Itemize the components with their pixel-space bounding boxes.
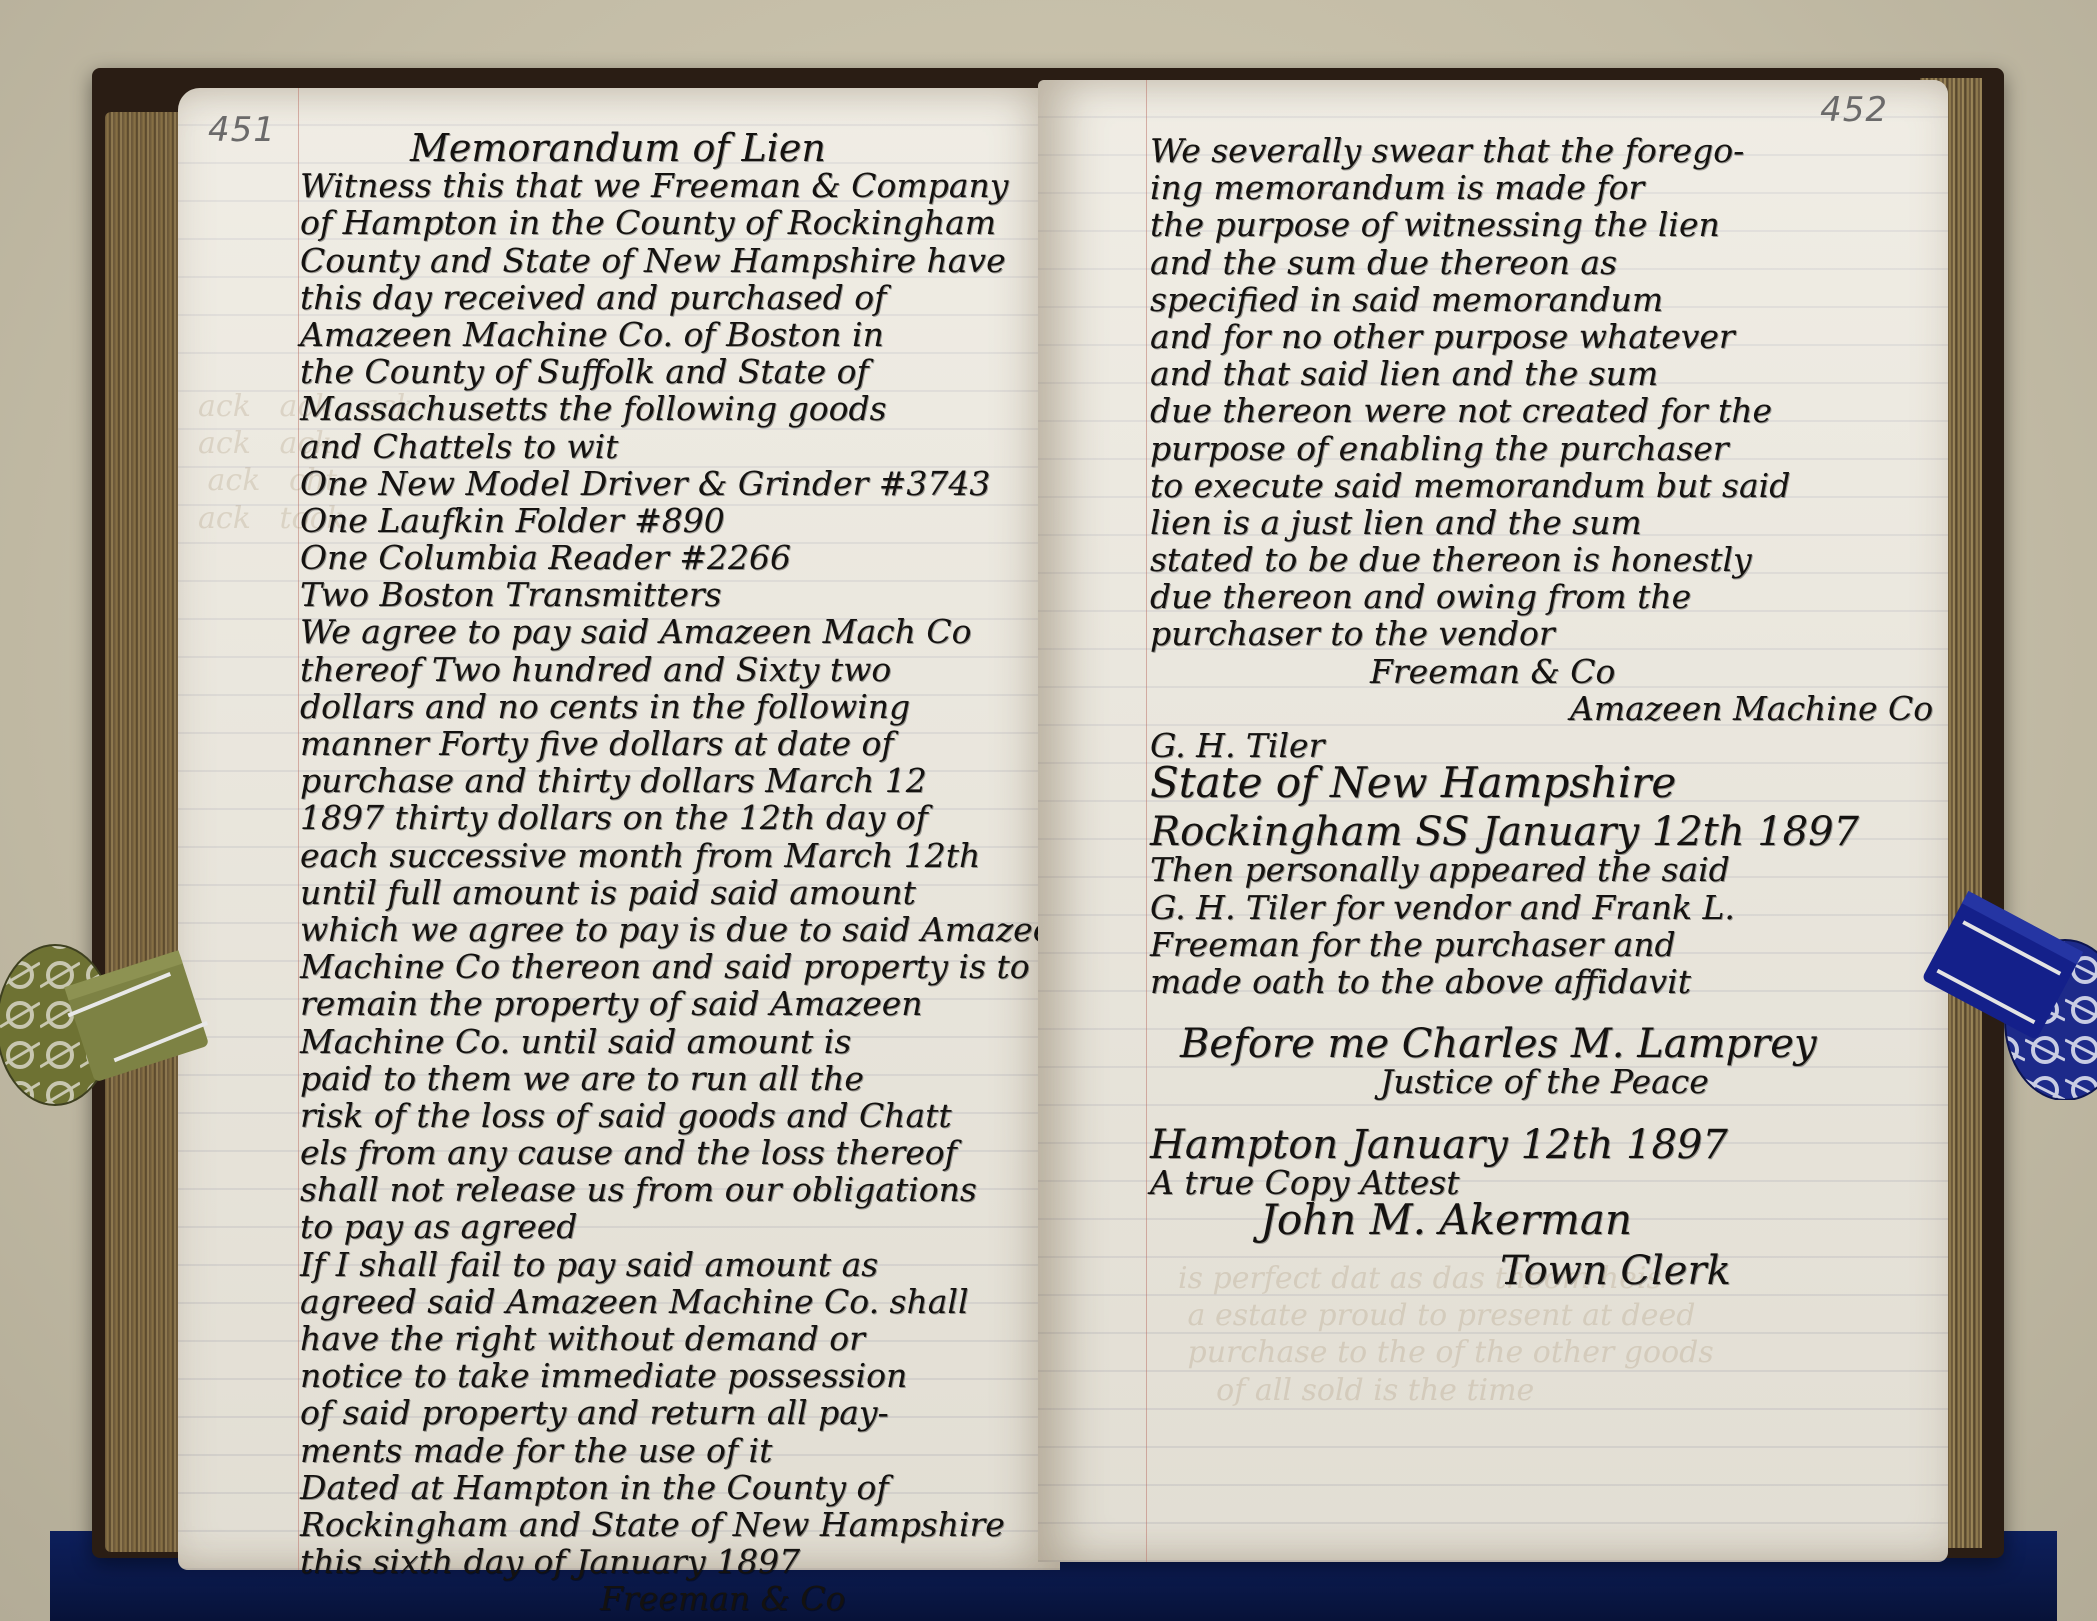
text-line: Amazeen Machine Co. of Boston in [300, 316, 1074, 353]
text-line: to execute said memorandum but said [1150, 467, 1933, 504]
jurat-header: State of New Hampshire [1150, 764, 1933, 814]
text-line: Witness this that we Freeman & Company [300, 167, 1074, 204]
text-line: Then personally appeared the said [1150, 851, 1933, 888]
text-line: notice to take immediate possession [300, 1357, 1074, 1394]
document-title: Memorandum of Lien [300, 130, 1074, 167]
text-line: thereof Two hundred and Sixty two [300, 651, 1074, 688]
text-line: of Hampton in the County of Rockingham [300, 204, 1074, 241]
text-line: each successive month from March 12th [300, 837, 1074, 874]
text-line: made oath to the above affidavit [1150, 963, 1933, 1000]
text-line: the County of Suffolk and State of [300, 353, 1074, 390]
signature-vendor: Amazeen Machine Co [1150, 690, 1933, 727]
text-line: and for no other purpose whatever [1150, 318, 1933, 355]
right-page-text: We severally swear that the forego- ing … [1150, 132, 1933, 1290]
text-line: Dated at Hampton in the County of [300, 1469, 1074, 1506]
text-line: purchaser to the vendor [1150, 615, 1933, 652]
justice-title: Justice of the Peace [1150, 1063, 1933, 1100]
text-line: ing memorandum is made for [1150, 169, 1933, 206]
text-line: els from any cause and the loss thereof [300, 1134, 1074, 1171]
text-line: Massachusetts the following goods [300, 390, 1074, 427]
clerk-title: Town Clerk [1150, 1253, 1933, 1290]
margin-rule [1146, 80, 1147, 1562]
text-line: lien is a just lien and the sum [1150, 504, 1933, 541]
right-page: 452 is perfect dat as das theom heis a e… [1038, 80, 1948, 1562]
text-line: agreed said Amazeen Machine Co. shall [300, 1283, 1074, 1320]
text-line: manner Forty five dollars at date of [300, 725, 1074, 762]
text-line: until full amount is paid said amount [300, 874, 1074, 911]
text-line: paid to them we are to run all the [300, 1060, 1074, 1097]
text-line: risk of the loss of said goods and Chatt [300, 1097, 1074, 1134]
place-date: Hampton January 12th 1897 [1150, 1127, 1933, 1164]
text-line: due thereon were not created for the [1150, 392, 1933, 429]
signature-purchaser: Freeman & Co [1150, 653, 1933, 690]
text-line: the purpose of witnessing the lien [1150, 206, 1933, 243]
margin-rule [298, 88, 299, 1570]
text-line: Two Boston Transmitters [300, 576, 1074, 613]
text-line: One Laufkin Folder #890 [300, 502, 1074, 539]
text-line: purchase and thirty dollars March 12 [300, 762, 1074, 799]
text-line: due thereon and owing from the [1150, 578, 1933, 615]
text-line: 1897 thirty dollars on the 12th day of [300, 799, 1074, 836]
page-number: 452 [1820, 90, 1888, 130]
text-line: have the right without demand or [300, 1320, 1074, 1357]
signature: Freeman & Co [300, 1580, 1074, 1617]
left-page: 451 ack ack ackack ack ack chtack tock M… [178, 88, 1060, 1570]
text-line: of said property and return all pay- [300, 1394, 1074, 1431]
text-line: ments made for the use of it [300, 1432, 1074, 1469]
text-line: specified in said memorandum [1150, 281, 1933, 318]
text-line: Machine Co. until said amount is [300, 1023, 1074, 1060]
text-line: shall not release us from our obligation… [300, 1171, 1074, 1208]
page-number: 451 [208, 110, 276, 150]
binder-clip-left [0, 915, 220, 1115]
text-line: One New Model Driver & Grinder #3743 [300, 465, 1074, 502]
text-line: which we agree to pay is due to said Ama… [300, 911, 1074, 948]
text-line: and that said lien and the sum [1150, 355, 1933, 392]
clerk-signature: John M. Akerman [1150, 1201, 1933, 1253]
text-line: Rockingham and State of New Hampshire [300, 1506, 1074, 1543]
text-line: County and State of New Hampshire have [300, 242, 1074, 279]
text-line: Machine Co thereon and said property is … [300, 948, 1074, 985]
text-line: purpose of enabling the purchaser [1150, 430, 1933, 467]
text-line: Rockingham SS January 12th 1897 [1150, 814, 1933, 851]
text-line: If I shall fail to pay said amount as [300, 1246, 1074, 1283]
text-line: Freeman for the purchaser and [1150, 926, 1933, 963]
text-line: One Columbia Reader #2266 [300, 539, 1074, 576]
left-page-text: Memorandum of Lien Witness this that we … [300, 130, 1074, 1618]
text-line: We agree to pay said Amazeen Mach Co [300, 613, 1074, 650]
text-line: to pay as agreed [300, 1208, 1074, 1245]
text-line: stated to be due thereon is honestly [1150, 541, 1933, 578]
binder-clip-right [1905, 870, 2097, 1100]
text-line: this day received and purchased of [300, 279, 1074, 316]
text-line: G. H. Tiler for vendor and Frank L. [1150, 889, 1933, 926]
text-line: We severally swear that the forego- [1150, 132, 1933, 169]
text-line: and Chattels to wit [300, 428, 1074, 465]
text-line: and the sum due thereon as [1150, 244, 1933, 281]
text-line: dollars and no cents in the following [300, 688, 1074, 725]
text-line: remain the property of said Amazeen [300, 985, 1074, 1022]
text-line: this sixth day of January 1897 [300, 1543, 1074, 1580]
justice-signature: Before me Charles M. Lamprey [1150, 1026, 1933, 1063]
